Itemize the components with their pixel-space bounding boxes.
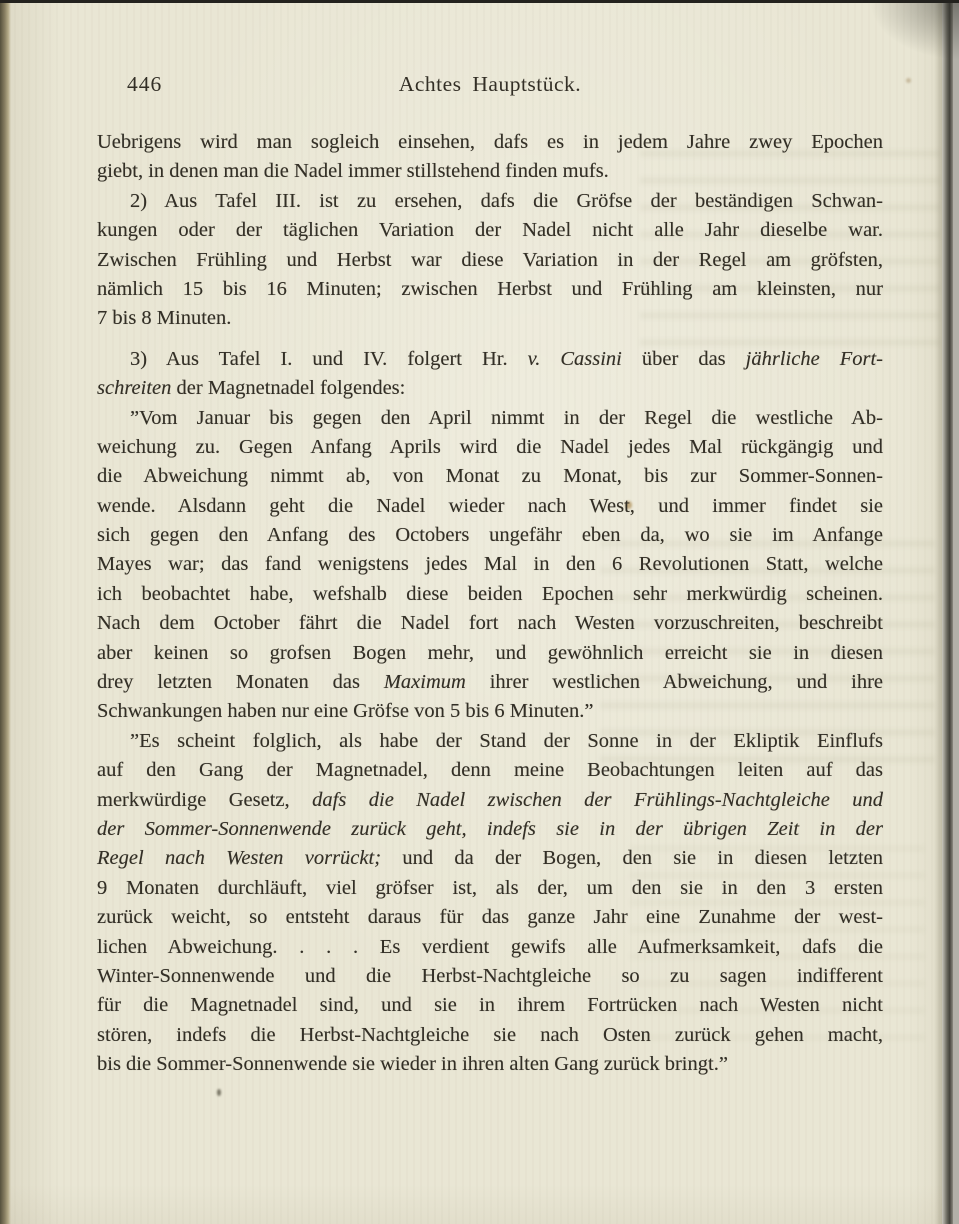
text-line: Mayes war; das fand wenigstens jedes Mal… <box>97 550 883 579</box>
paragraph: ”Vom Januar bis gegen den April nimmt in… <box>97 404 883 727</box>
text-line: 2) Aus Tafel III. ist zu ersehen, dafs d… <box>97 187 883 216</box>
text-line: 3) Aus Tafel I. und IV. folgert Hr. v. C… <box>97 345 883 374</box>
text-line: für die Magnetnadel sind, und sie in ihr… <box>97 991 883 1020</box>
text-line: weichung zu. Gegen Anfang Aprils wird di… <box>97 433 883 462</box>
paragraph: ”Es scheint folglich, als habe der Stand… <box>97 727 883 1080</box>
text-line: lichen Abweichung. . . . Es verdient gew… <box>97 933 883 962</box>
book-spine-edge <box>0 0 11 1224</box>
text-line: ich beobachtet habe, wefshalb diese beid… <box>97 580 883 609</box>
text-line: stören, indefs die Herbst-Nachtgleiche s… <box>97 1021 883 1050</box>
text-line: sich gegen den Anfang des Octobers ungef… <box>97 521 883 550</box>
text-line: auf den Gang der Magnetnadel, denn meine… <box>97 756 883 785</box>
scan-border <box>0 0 959 3</box>
text-line: die Abweichung nimmt ab, von Monat zu Mo… <box>97 462 883 491</box>
text-line: kungen oder der täglichen Variation der … <box>97 216 883 245</box>
text-line: 9 Monaten durchläuft, viel gröfser ist, … <box>97 874 883 903</box>
text-line: wende. Alsdann geht die Nadel wieder nac… <box>97 492 883 521</box>
ink-fleck <box>217 1089 221 1096</box>
corner-shadow <box>869 0 959 60</box>
text-line: aber keinen so grofsen Bogen mehr, und g… <box>97 639 883 668</box>
text-line: zurück weicht, so entsteht daraus für da… <box>97 903 883 932</box>
page-edge-shadow <box>934 0 942 1224</box>
text-line: Zwischen Frühling und Herbst war diese V… <box>97 246 883 275</box>
text-block: Uebrigens wird man sogleich einsehen, da… <box>97 128 883 1080</box>
text-line: giebt, in denen man die Nadel immer stil… <box>97 157 883 186</box>
paragraph: 2) Aus Tafel III. ist zu ersehen, dafs d… <box>97 187 883 334</box>
text-line: merkwürdige Gesetz, dafs die Nadel zwisc… <box>97 786 883 815</box>
text-line: nämlich 15 bis 16 Minuten; zwischen Herb… <box>97 275 883 304</box>
paragraph: 3) Aus Tafel I. und IV. folgert Hr. v. C… <box>97 345 883 404</box>
running-header: 446 Achtes Hauptstück. <box>97 72 883 98</box>
scan-margin <box>953 0 959 1224</box>
text-line: der Sommer-Sonnenwende zurück geht, inde… <box>97 815 883 844</box>
text-line: bis die Sommer-Sonnenwende sie wieder in… <box>97 1050 883 1079</box>
text-line: Nach dem October fährt die Nadel fort na… <box>97 609 883 638</box>
text-line: Regel nach Westen vorrückt; und da der B… <box>97 844 883 873</box>
foxing-spot <box>906 78 911 83</box>
running-title: Achtes Hauptstück. <box>97 72 883 97</box>
page-edge <box>942 0 953 1224</box>
text-line: drey letzten Monaten das Maximum ihrer w… <box>97 668 883 697</box>
book-page-scan: 446 Achtes Hauptstück. Uebrigens wird ma… <box>0 0 959 1224</box>
text-line: Winter-Sonnenwende und die Herbst-Nachtg… <box>97 962 883 991</box>
text-line: ”Vom Januar bis gegen den April nimmt in… <box>97 404 883 433</box>
text-line: Uebrigens wird man sogleich einsehen, da… <box>97 128 883 157</box>
text-line: schreiten der Magnetnadel folgendes: <box>97 374 883 403</box>
text-line: 7 bis 8 Minuten. <box>97 304 883 333</box>
paragraph: Uebrigens wird man sogleich einsehen, da… <box>97 128 883 187</box>
text-line: ”Es scheint folglich, als habe der Stand… <box>97 727 883 756</box>
text-line: Schwankungen haben nur eine Gröfse von 5… <box>97 697 883 726</box>
